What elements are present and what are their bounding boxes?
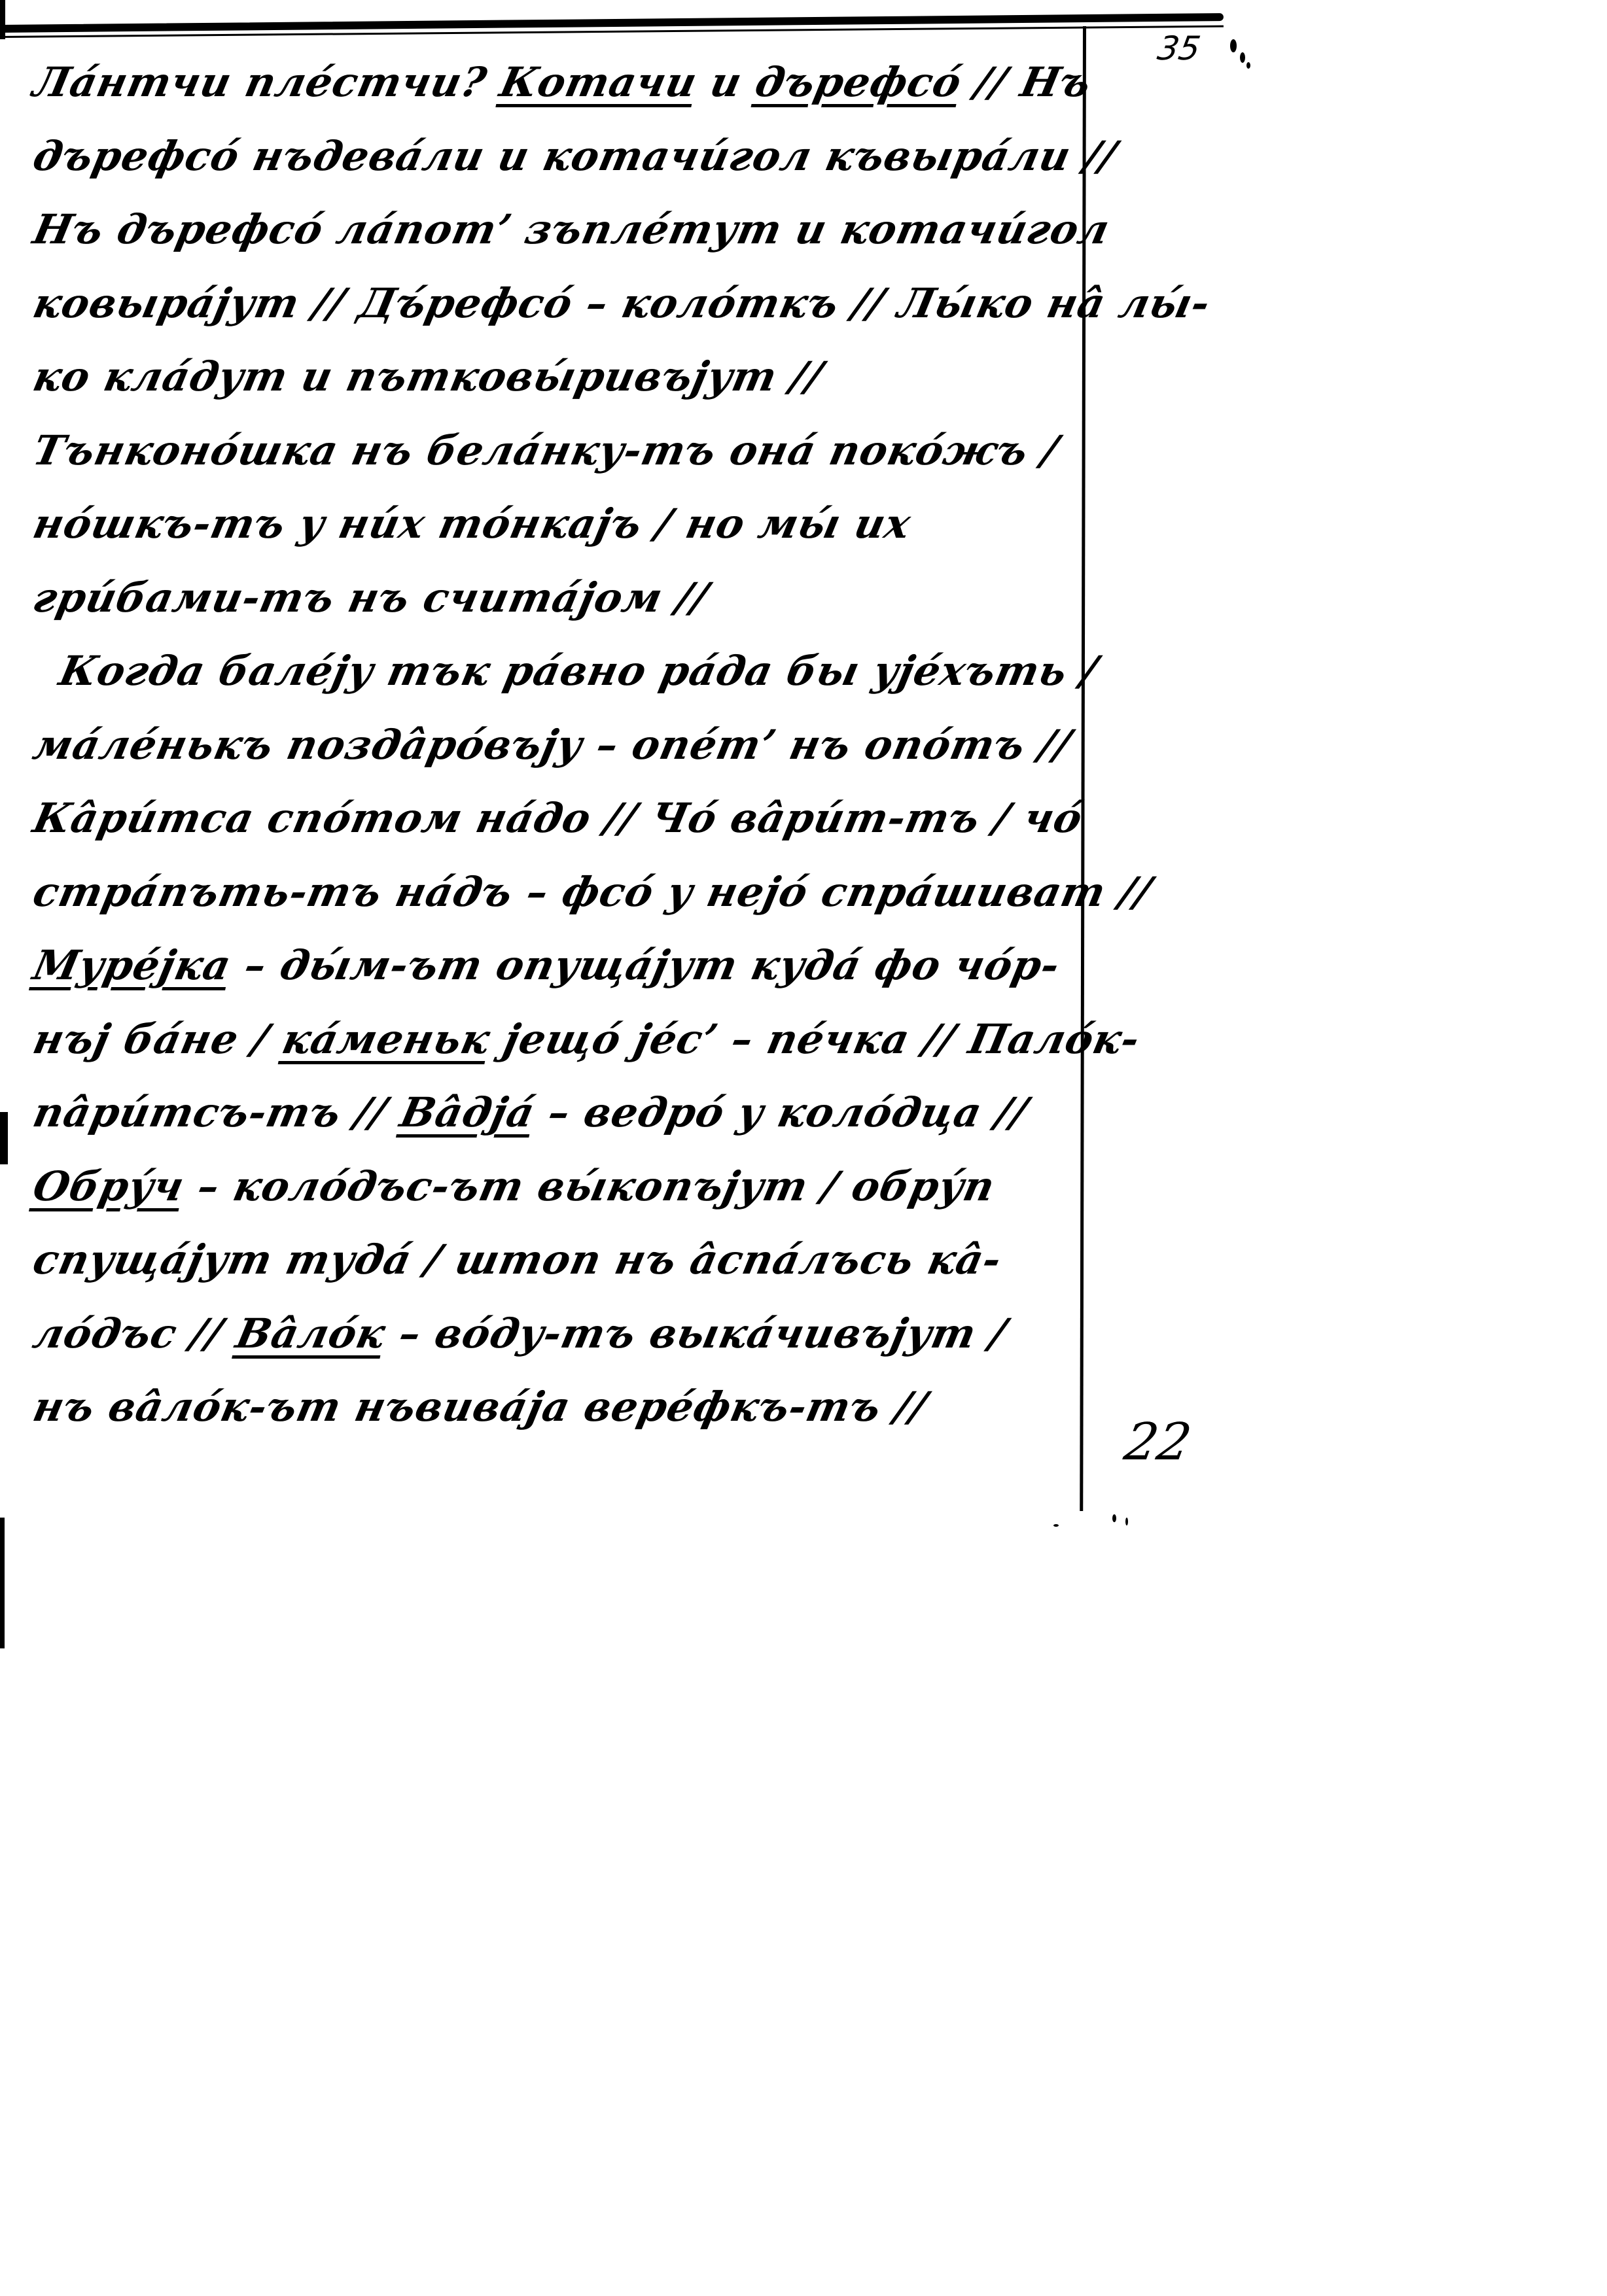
text-segment: но́шкъ-тъ у ни́х то́нкаjъ / но мы́ их	[29, 500, 915, 548]
text-segment: ло́дъс //	[29, 1310, 242, 1357]
text-segment: – ведро́ у коло́дца //	[529, 1088, 1033, 1136]
scan-speck	[1246, 62, 1250, 69]
underlined-headword: Обру́ч	[29, 1162, 188, 1210]
text-segment: – коло́дъс-ът вы́копъjут / обру́п	[179, 1162, 1000, 1210]
text-segment: jещо́ jéс’ – пе́чка // Пало́к-	[485, 1015, 1144, 1063]
text-segment: дърефсо́ нъдева́ли и котачи́гол къвыра́л…	[29, 132, 1121, 180]
text-line: пâри́тсъ-тъ // Вâдjа́ – ведро́ у коло́дц…	[26, 1076, 1102, 1150]
text-line: Мурéjка – ды́м-ът опуща́jут куда́ фо чо́…	[26, 929, 1102, 1003]
top-border-rule	[0, 13, 1224, 33]
text-segment: нъ вâло́к-ът нъвива́jа вере́фкъ-тъ //	[29, 1383, 931, 1431]
text-line: Когда бале́jу тък ра́вно ра́да бы уjе́хъ…	[26, 635, 1102, 708]
left-scan-edge-bottom	[0, 1518, 5, 1648]
text-line: Обру́ч – коло́дъс-ът вы́копъjут / обру́п	[26, 1150, 1102, 1224]
underlined-headword: ка́меньк	[278, 1015, 495, 1063]
text-segment: ко кла́дут и пътковы́ривъjут //	[29, 353, 827, 400]
margin-number: 22	[1120, 1413, 1195, 1472]
text-segment: Ла́нтчи пле́стчи?	[29, 58, 506, 106]
text-line: Ла́нтчи пле́стчи? Котачи и дърефсо́ // Н…	[26, 46, 1102, 120]
scan-speck	[1240, 52, 1245, 63]
text-line: Нъ дърефсо́ ла́пот’ зъпле́тут и котачи́г…	[26, 193, 1102, 267]
text-line: стра́пъть-тъ на́дъ – фсо́ у неjо́ спра́ш…	[26, 856, 1102, 930]
underlined-headword: Вâдjа́	[396, 1088, 539, 1136]
text-segment: Нъ дърефсо́ ла́пот’ зъпле́тут и котачи́г…	[29, 205, 1114, 253]
page-number: 35	[1155, 29, 1203, 67]
text-line: но́шкъ-тъ у ни́х то́нкаjъ / но мы́ их	[26, 487, 1102, 561]
underlined-headword: Вâло́к	[232, 1310, 390, 1357]
text-segment: и	[692, 58, 762, 106]
text-line: ма́ле́нькъ поздâро́въjу – опе́т’ нъ опо́…	[26, 708, 1102, 782]
underlined-headword: дърефсо́	[751, 58, 966, 106]
text-line: дърефсо́ нъдева́ли и котачи́гол къвыра́л…	[26, 120, 1102, 194]
scan-speck	[1053, 1524, 1059, 1527]
handwritten-text-block: Ла́нтчи пле́стчи? Котачи и дърефсо́ // Н…	[26, 46, 1086, 1444]
text-line: Тънконо́шка нъ бела́нку-тъ она́ поко́жъ …	[26, 414, 1102, 488]
text-line: Кâри́тса спо́том на́до // Чо́ вâри́т-тъ …	[26, 782, 1102, 856]
scan-speck	[1112, 1514, 1116, 1522]
text-segment: ма́ле́нькъ поздâро́въjу – опе́т’ нъ опо́…	[29, 721, 1076, 769]
text-line: ло́дъс // Вâло́к – во́ду-тъ выка́чивъjут…	[26, 1297, 1102, 1371]
left-scan-edge	[0, 0, 5, 39]
scan-speck	[1125, 1518, 1128, 1525]
text-segment: нъj ба́не /	[29, 1015, 288, 1063]
text-segment: спуща́jут туда́ / штоп нъ âспа́лъсь кâ-	[29, 1236, 1006, 1283]
text-segment: ковыра́jут // Дъ́рефсо́ – коло́ткъ // Лы…	[29, 279, 1214, 327]
scanned-manuscript-page: 35 22 Ла́нтчи пле́стчи? Котачи и дърефсо…	[0, 0, 1607, 2296]
text-segment: // Нъ	[956, 58, 1096, 106]
text-line: нъj ба́не / ка́меньк jещо́ jéс’ – пе́чка…	[26, 1003, 1102, 1077]
left-scan-mark	[0, 1112, 8, 1164]
text-segment: – ды́м-ът опуща́jут куда́ фо чо́р-	[225, 941, 1064, 989]
text-line: ковыра́jут // Дъ́рефсо́ – коло́ткъ // Лы…	[26, 267, 1102, 341]
text-line: спуща́jут туда́ / штоп нъ âспа́лъсь кâ-	[26, 1223, 1102, 1297]
text-segment: пâри́тсъ-тъ //	[29, 1088, 406, 1136]
text-segment: Когда бале́jу тък ра́вно ра́да бы уjе́хъ…	[55, 647, 1102, 695]
text-line: нъ вâло́к-ът нъвива́jа вере́фкъ-тъ //	[26, 1370, 1102, 1444]
text-segment: гри́бами-тъ нъ счита́jом //	[29, 574, 713, 621]
scan-speck	[1230, 39, 1237, 52]
text-segment: – во́ду-тъ выка́чивъjут /	[380, 1310, 1011, 1357]
underlined-headword: Мурéjка	[29, 941, 236, 989]
text-segment: Тънконо́шка нъ бела́нку-тъ она́ поко́жъ …	[29, 426, 1063, 474]
text-line: гри́бами-тъ нъ счита́jом //	[26, 561, 1102, 635]
text-segment: стра́пъть-тъ на́дъ – фсо́ у неjо́ спра́ш…	[29, 868, 1156, 916]
text-line: ко кла́дут и пътковы́ривъjут //	[26, 340, 1102, 414]
underlined-headword: Котачи	[496, 58, 701, 106]
text-segment: Кâри́тса спо́том на́до // Чо́ вâри́т-тъ …	[29, 794, 1087, 842]
